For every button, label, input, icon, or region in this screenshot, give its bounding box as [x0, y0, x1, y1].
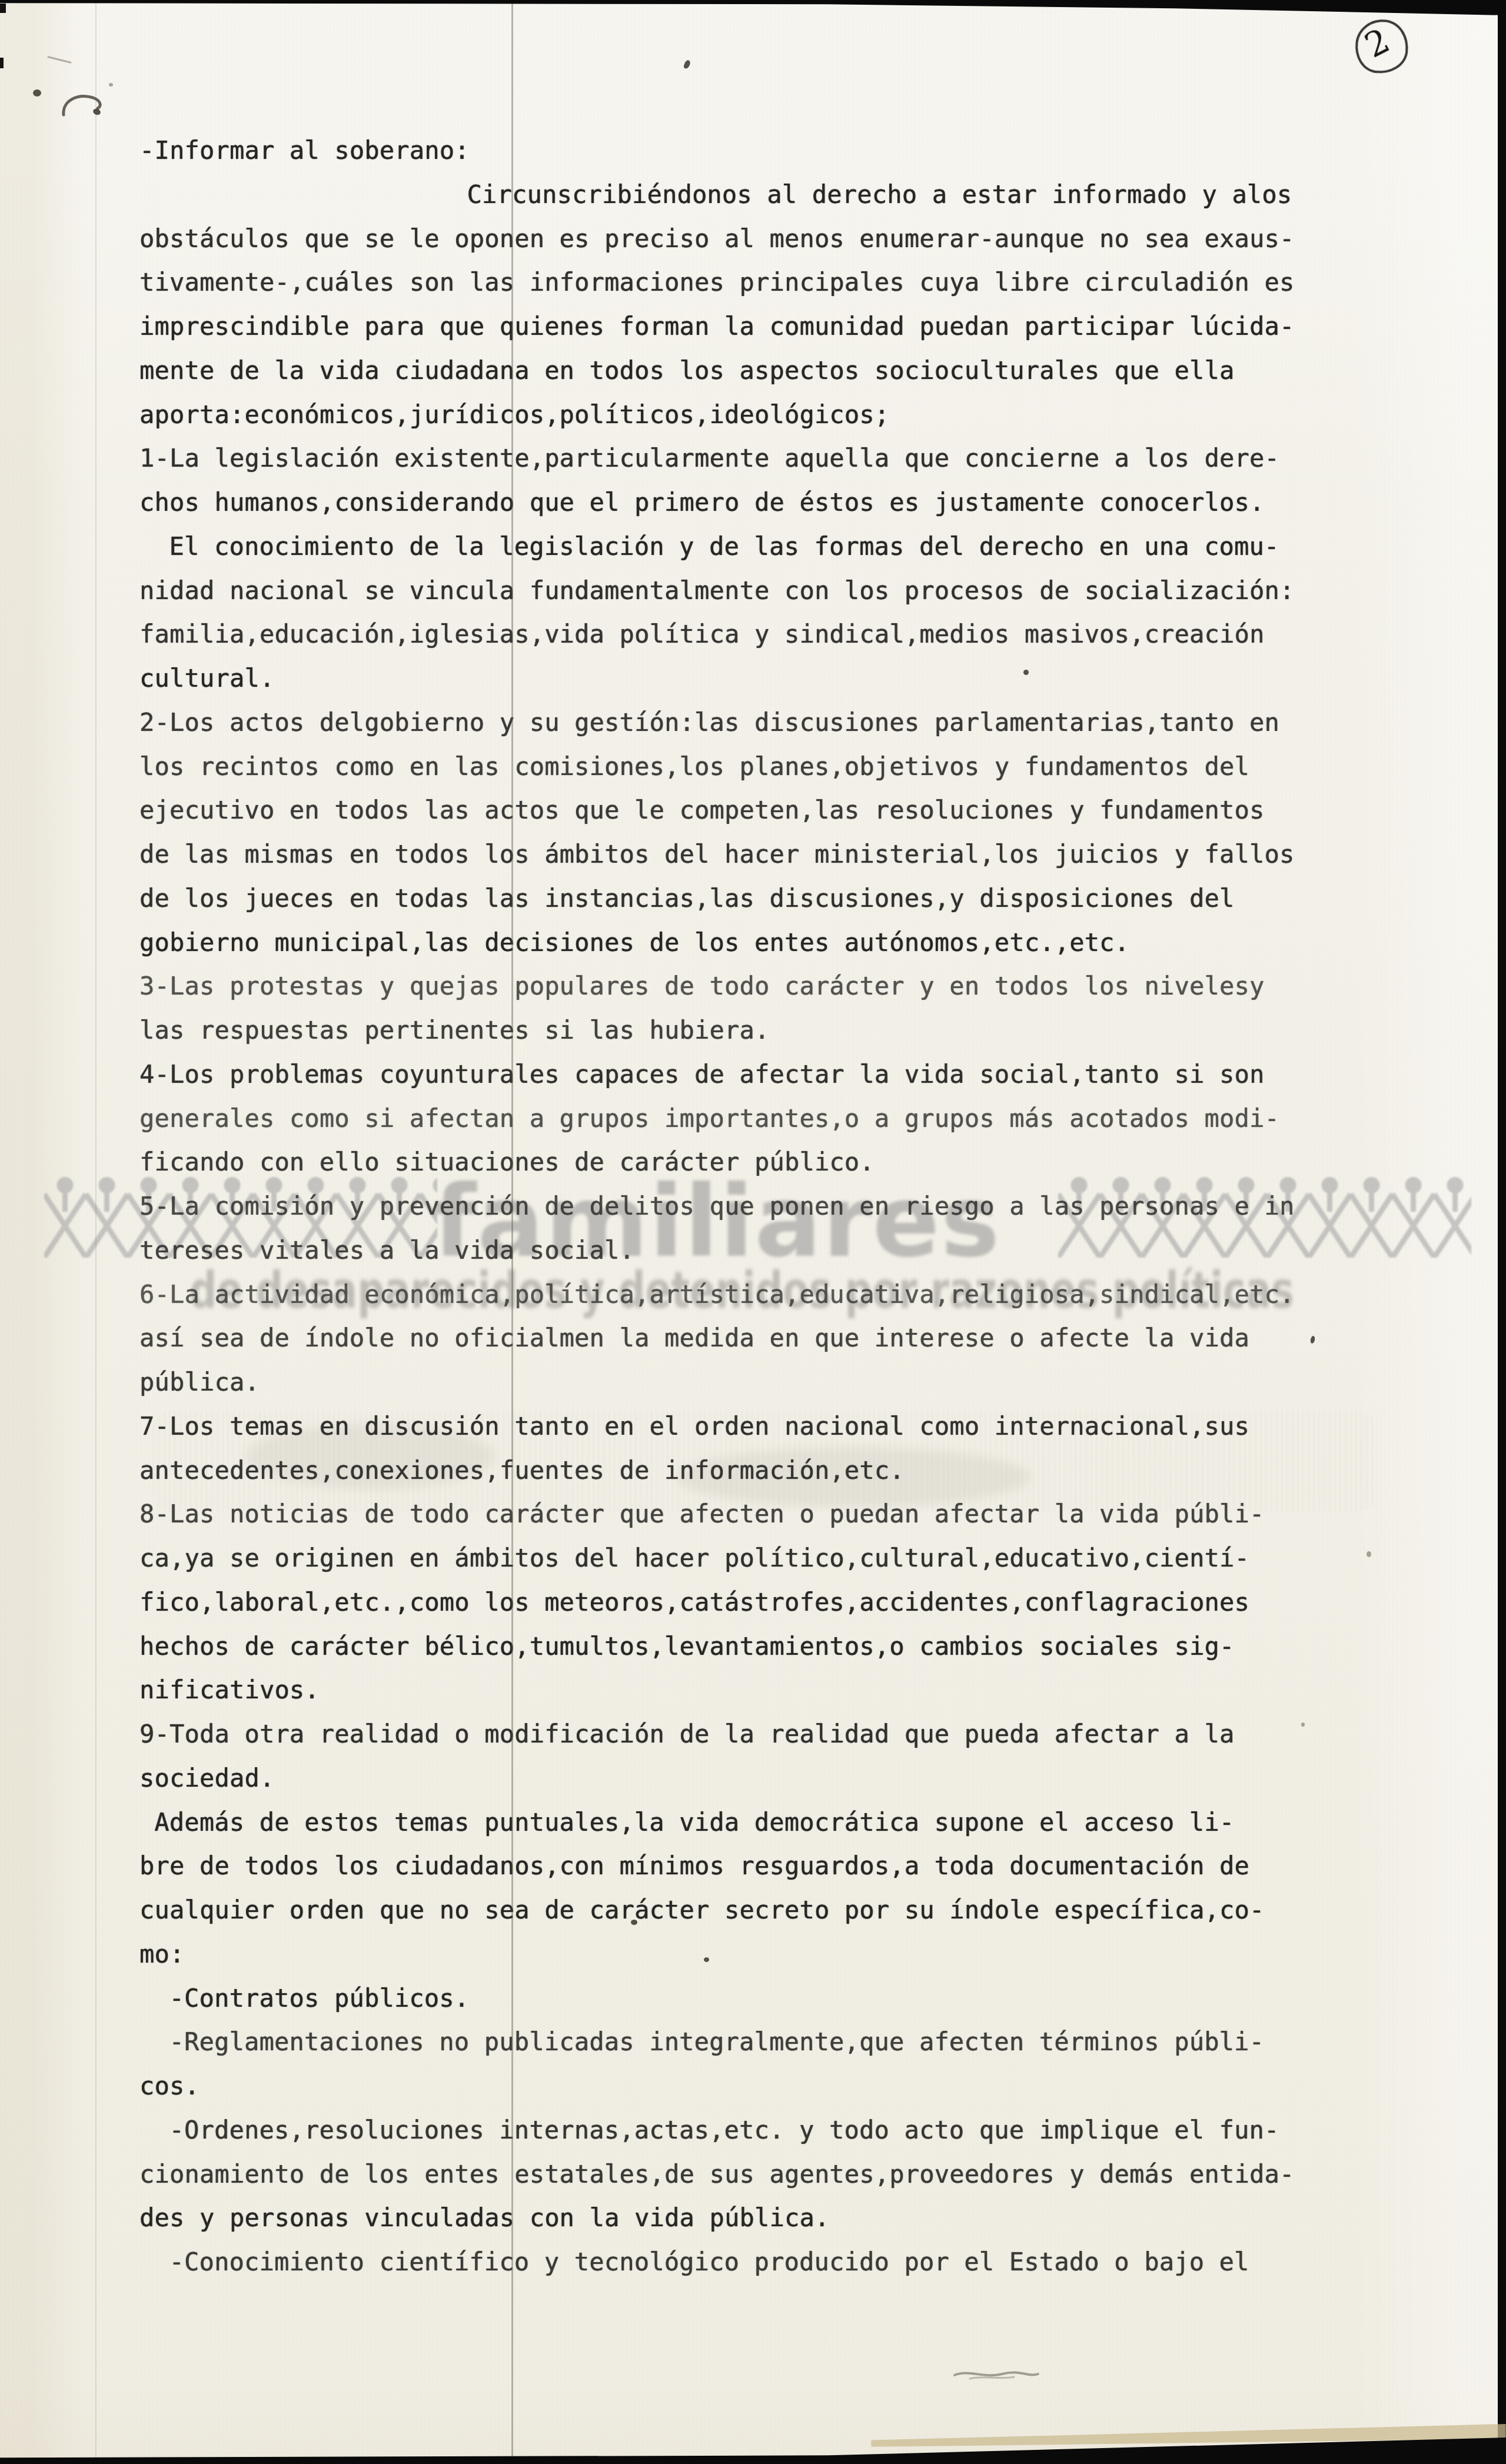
fold-crease [511, 0, 513, 2464]
typewritten-line: bre de todos los ciudadanos,con mínimos … [139, 1844, 1375, 1888]
typewritten-line: 1-La legislación existente,particularmen… [139, 437, 1375, 481]
page-number: 2 [1360, 23, 1395, 63]
scan-edge-top [0, 0, 1506, 15]
typewritten-line: pública. [139, 1361, 1375, 1405]
scan-edge-nick [0, 58, 4, 68]
ink-speck [1367, 1551, 1371, 1557]
typewritten-line: ficando con ello situaciones de carácter… [139, 1140, 1375, 1185]
ink-speck [33, 89, 41, 97]
typewritten-line: cos. [139, 2064, 1375, 2109]
typewritten-line: aporta:económicos,jurídicos,políticos,id… [139, 393, 1375, 437]
typewritten-line: de los jueces en todas las instancias,la… [139, 877, 1375, 921]
fold-crease-faint [95, 0, 97, 2464]
ink-squiggle-mark [59, 88, 112, 129]
typewritten-line: las respuestas pertinentes si las hubier… [139, 1009, 1375, 1053]
typewritten-line: ejecutivo en todos las actos que le comp… [139, 789, 1375, 833]
typewritten-line: sociedad. [139, 1757, 1375, 1801]
ink-speck [631, 1920, 637, 1925]
typewritten-line: -Ordenes,resoluciones internas,actas,etc… [139, 2109, 1375, 2153]
typewritten-line: 9-Toda otra realidad o modificación de l… [139, 1713, 1375, 1757]
typewritten-line: generales como si afectan a grupos impor… [139, 1097, 1375, 1141]
typewritten-line: antecedentes,conexiones,fuentes de infor… [139, 1449, 1375, 1493]
page-number-stamp: 2 [1352, 16, 1412, 77]
typewritten-line: 6-La actividad económica,política,artíst… [139, 1273, 1375, 1317]
typewritten-line: des y personas vinculadas con la vida pú… [139, 2196, 1375, 2240]
typewritten-line: cualquier orden que no sea de carácter s… [139, 1888, 1375, 1933]
typewritten-line: nificativos. [139, 1668, 1375, 1713]
ink-speck [704, 1957, 709, 1962]
typewritten-line: 5-La comisión y prevención de delitos qu… [139, 1185, 1375, 1229]
typewritten-line: tivamente-,cuáles son las informaciones … [139, 261, 1375, 305]
typewritten-line: 2-Los actos delgobierno y su gestíón:las… [139, 701, 1375, 745]
typewritten-line: El conocimiento de la legislación y de l… [139, 525, 1375, 569]
ink-speck [1301, 1723, 1305, 1727]
typewritten-line: los recintos como en las comisiones,los … [139, 745, 1375, 789]
typewritten-line: ca,ya se originen en ámbitos del hacer p… [139, 1537, 1375, 1581]
typewritten-line: gobierno municipal,las decisiones de los… [139, 921, 1375, 965]
typewritten-text: -Informar al soberano:Circunscribiéndono… [139, 129, 1375, 2285]
typewritten-line: mente de la vida ciudadana en todos los … [139, 349, 1375, 393]
scan-edge-nick [0, 4, 6, 13]
typewritten-line: -Conocimiento científico y tecnológico p… [139, 2240, 1375, 2285]
typewritten-line: así sea de índole no oficialmen la medid… [139, 1316, 1375, 1361]
typewritten-line: cionamiento de los entes estatales,de su… [139, 2153, 1375, 2197]
scratch-mark [47, 56, 71, 64]
typewritten-line: Además de estos temas puntuales,la vida … [139, 1801, 1375, 1845]
typewritten-line: 4-Los problemas coyunturales capaces de … [139, 1053, 1375, 1097]
typewritten-line: obstáculos que se le oponen es preciso a… [139, 217, 1375, 261]
scan-edge-right [1498, 0, 1506, 2464]
typewritten-line: mo: [139, 1933, 1375, 1977]
typewritten-line: de las mismas en todos los ámbitos del h… [139, 833, 1375, 877]
typewritten-line: -Informar al soberano: [139, 129, 1375, 173]
typewritten-line: chos humanos,considerando que el primero… [139, 481, 1375, 525]
pencil-scribble [952, 2367, 1040, 2385]
typewritten-line: imprescindible para que quienes forman l… [139, 305, 1375, 349]
typewritten-line: cultural. [139, 657, 1375, 701]
typewritten-line: familia,educación,iglesias,vida política… [139, 613, 1375, 657]
typewritten-line: 8-Las noticias de todo carácter que afec… [139, 1492, 1375, 1537]
typewritten-line: hechos de carácter bélico,tumultos,levan… [139, 1625, 1375, 1669]
typewritten-line: -Contratos públicos. [139, 1977, 1375, 2021]
typewritten-line: Circunscribiéndonos al derecho a estar i… [139, 173, 1375, 217]
typewritten-line: tereses vitales a la vida social. [139, 1229, 1375, 1273]
typewritten-line: 3-Las protestas y quejas populares de to… [139, 965, 1375, 1009]
ink-speck [1023, 670, 1029, 675]
scanned-document-page: familiares de desaparecidos y detenidos … [0, 0, 1506, 2464]
typewritten-line: 7-Los temas en discusión tanto en el ord… [139, 1405, 1375, 1449]
typewritten-line: nidad nacional se vincula fundamentalmen… [139, 569, 1375, 613]
typewritten-line: -Reglamentaciones no publicadas integral… [139, 2020, 1375, 2064]
ink-speck [683, 59, 692, 69]
ink-speck [109, 83, 113, 87]
typewritten-line: fico,laboral,etc.,como los meteoros,catá… [139, 1581, 1375, 1625]
